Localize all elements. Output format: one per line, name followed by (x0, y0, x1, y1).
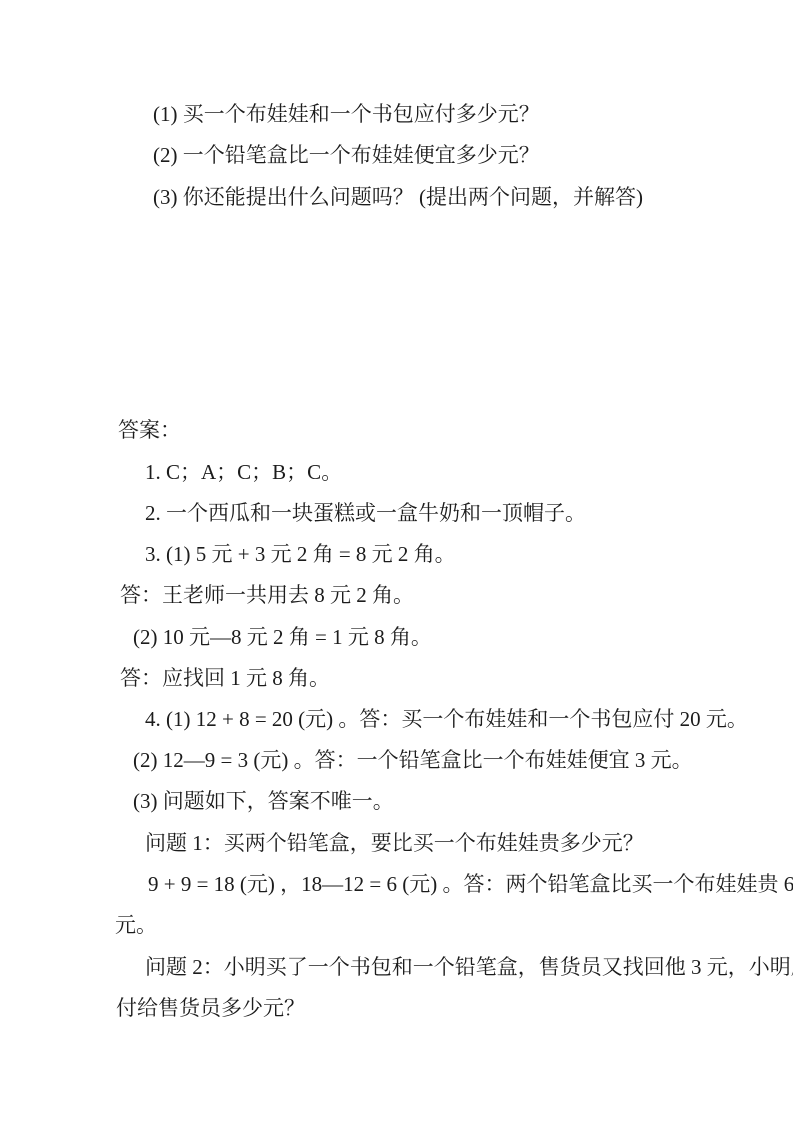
worksheet-page: (1) 买一个布娃娃和一个书包应付多少元？(2) 一个铅笔盒比一个布娃娃便宜多少… (0, 0, 793, 1122)
answer-line: 答：应找回 1 元 8 角。 (120, 664, 330, 692)
question-line: (2) 一个铅笔盒比一个布娃娃便宜多少元？ (153, 141, 540, 169)
question-line: (1) 买一个布娃娃和一个书包应付多少元？ (153, 100, 540, 128)
answer-line: (2) 10 元—8 元 2 角 = 1 元 8 角。 (133, 623, 432, 651)
question-line: (3) 你还能提出什么问题吗？ (提出两个问题，并解答) (153, 183, 643, 211)
answer-line: (2) 12—9 = 3 (元) 。答：一个铅笔盒比一个布娃娃便宜 3 元。 (133, 746, 693, 774)
answer-line: 9 + 9 = 18 (元) ，18—12 = 6 (元) 。答：两个铅笔盒比买… (148, 870, 793, 898)
answer-line: 4. (1) 12 + 8 = 20 (元) 。答：买一个布娃娃和一个书包应付 … (145, 705, 748, 733)
answer-line: 付给售货员多少元？ (116, 994, 305, 1022)
answer-line: 2. 一个西瓜和一块蛋糕或一盒牛奶和一顶帽子。 (145, 499, 586, 527)
answer-line: 答：王老师一共用去 8 元 2 角。 (120, 581, 414, 609)
answer-line: 问题 2：小明买了一个书包和一个铅笔盒，售货员又找回他 3 元，小明原来 (145, 953, 793, 981)
answer-line: 问题 1：买两个铅笔盒，要比买一个布娃娃贵多少元？ (145, 829, 644, 857)
answer-line: (3) 问题如下，答案不唯一。 (133, 787, 394, 815)
answers-heading: 答案： (118, 416, 181, 444)
answer-line: 1. C；A；C；B；C。 (145, 458, 342, 486)
answer-line: 元。 (115, 911, 157, 939)
answer-line: 3. (1) 5 元 + 3 元 2 角 = 8 元 2 角。 (145, 540, 456, 568)
